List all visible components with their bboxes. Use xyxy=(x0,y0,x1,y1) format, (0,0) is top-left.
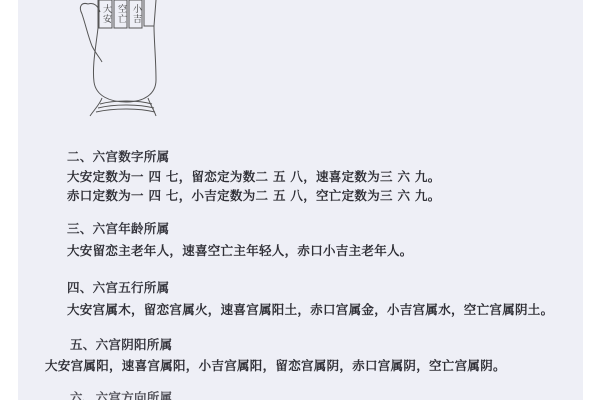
hand-diagram: 大安 空亡 小吉 xyxy=(68,0,168,122)
section-body-line: 赤口定数为一 四 七，小吉定数为二 五 八，空亡定数为三 六 九。 xyxy=(67,189,441,203)
section-body-line: 大安留恋主老年人，速喜空亡主年轻人，赤口小吉主老年人。 xyxy=(67,244,413,258)
section-body-line: 大安定数为一 四 七，留恋定为数二 五 八，速喜定数为三 六 九。 xyxy=(67,170,441,184)
finger-label-2: 空亡 xyxy=(116,4,126,24)
scanned-page: 大安 空亡 小吉 二、六宫数字所属 大安定数为一 四 七，留恋定为数二 五 八，… xyxy=(18,0,583,400)
section-heading-age: 三、六宫年龄所属 xyxy=(67,222,169,236)
section-heading-yin-yang: 五、六宫阴阳所属 xyxy=(70,338,172,352)
section-heading-numbers: 二、六宫数字所属 xyxy=(67,150,169,164)
finger-label-1: 大安 xyxy=(101,4,111,24)
section-heading-five-elements: 四、六宫五行所属 xyxy=(67,281,169,295)
section-heading-direction: 六、六宫方向所属 xyxy=(70,391,172,400)
finger-label-3: 小吉 xyxy=(131,4,141,24)
section-body-line: 大安宫属阳，速喜宫属阳，小吉宫属阳，留恋宫属阴，赤口宫属阴，空亡宫属阴。 xyxy=(45,359,506,373)
section-body-line: 大安宫属木，留恋宫属火，速喜宫属阳土，赤口宫属金，小吉宫属水，空亡宫属阴土。 xyxy=(67,303,553,317)
